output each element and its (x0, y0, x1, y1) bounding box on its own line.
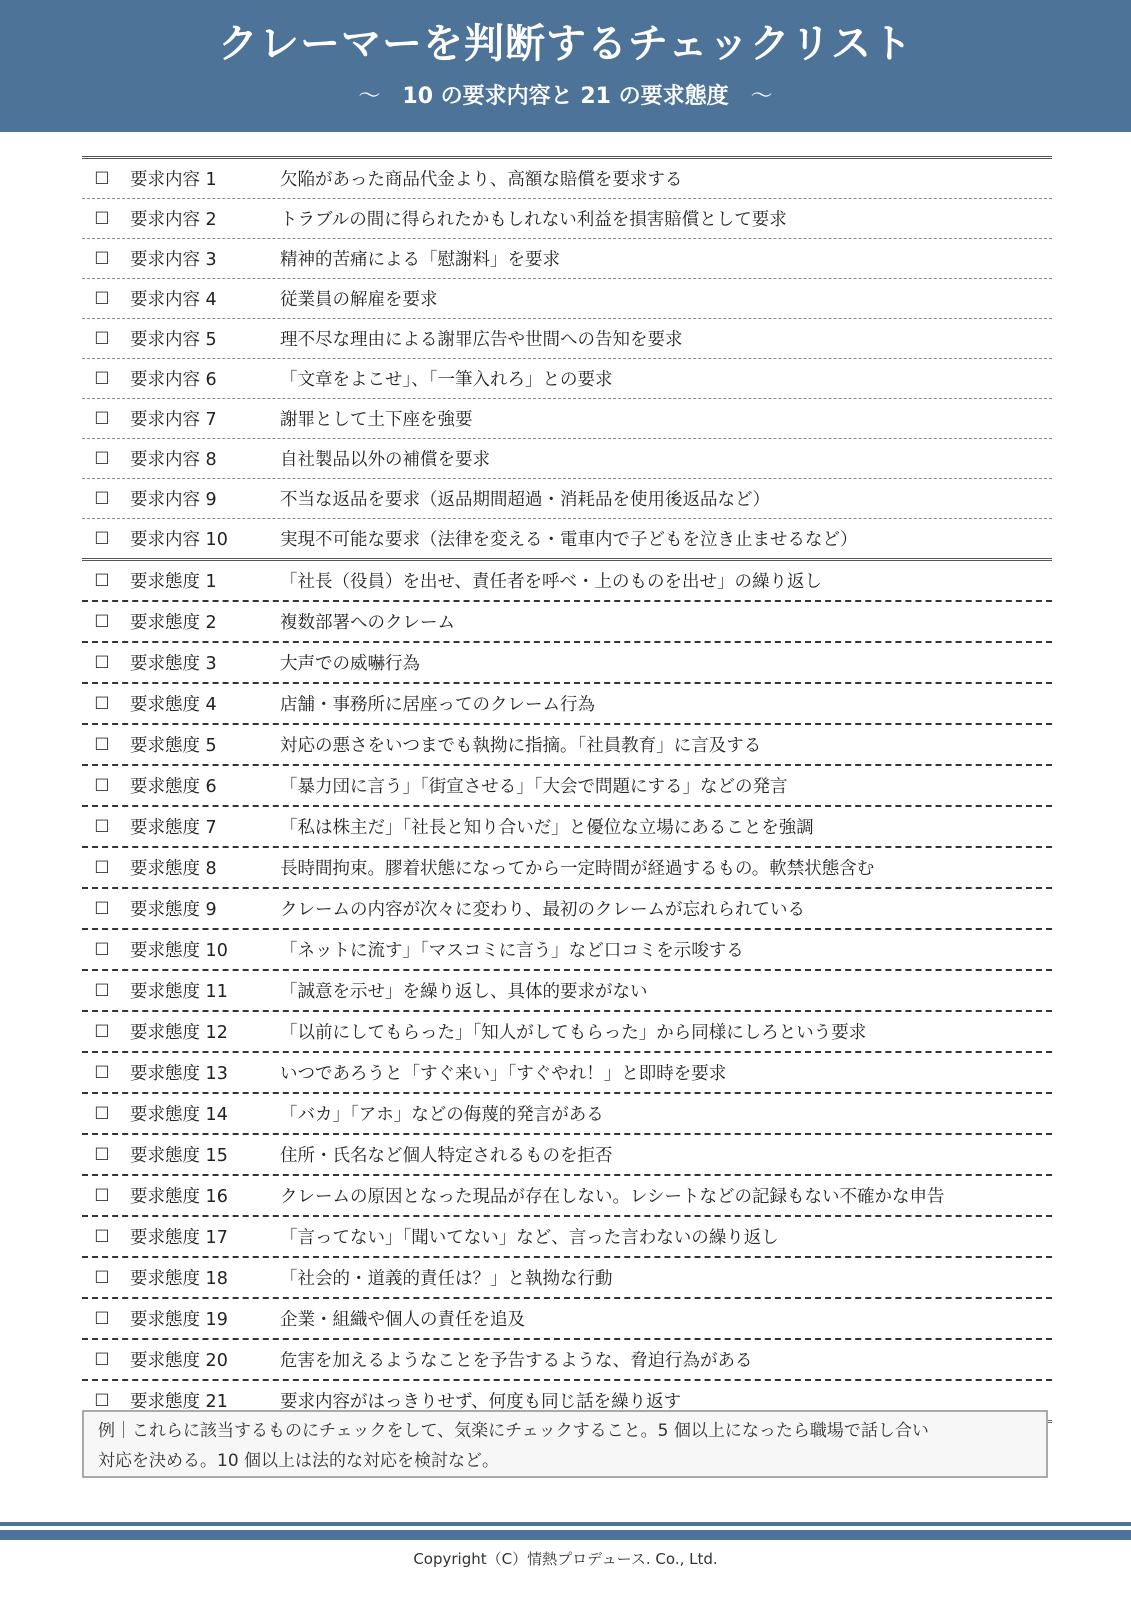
content-item-row: ☐要求内容 5理不尽な理由による謝罪広告や世間への告知を要求 (82, 319, 1052, 359)
item-label: 要求内容 3 (122, 246, 280, 271)
item-label: 要求態度 8 (122, 855, 280, 880)
checkbox-icon[interactable]: ☐ (82, 449, 122, 469)
checkbox-icon[interactable]: ☐ (82, 694, 122, 714)
item-label: 要求態度 12 (122, 1019, 280, 1044)
item-description: 大声での威嚇行為 (280, 650, 1052, 675)
item-label: 要求態度 16 (122, 1183, 280, 1208)
item-label: 要求態度 11 (122, 978, 280, 1003)
item-label: 要求態度 7 (122, 814, 280, 839)
item-description: 「バカ」「アホ」などの侮蔑的発言がある (280, 1101, 1052, 1126)
item-description: 「私は株主だ」「社長と知り合いだ」と優位な立場にあることを強調 (280, 814, 1052, 839)
checkbox-icon[interactable]: ☐ (82, 571, 122, 591)
item-description: 従業員の解雇を要求 (280, 286, 1052, 311)
checkbox-icon[interactable]: ☐ (82, 489, 122, 509)
page-title: クレーマーを判断するチェックリスト (0, 14, 1131, 74)
footer-rule-thick (0, 1530, 1131, 1540)
attitude-item-row: ☐要求態度 15住所・氏名など個人特定されるものを拒否 (82, 1135, 1052, 1176)
checklist: ☐要求内容 1欠陥があった商品代金より、高額な賠償を要求する☐要求内容 2トラブ… (82, 156, 1052, 1423)
checkbox-icon[interactable]: ☐ (82, 735, 122, 755)
item-description: 「誠意を示せ」を繰り返し、具体的要求がない (280, 978, 1052, 1003)
attitude-item-row: ☐要求態度 3大声での威嚇行為 (82, 643, 1052, 684)
checkbox-icon[interactable]: ☐ (82, 1227, 122, 1247)
item-description: 住所・氏名など個人特定されるものを拒否 (280, 1142, 1052, 1167)
attitude-item-row: ☐要求態度 12「以前にしてもらった」「知人がしてもらった」から同様にしろという… (82, 1012, 1052, 1053)
attitude-item-row: ☐要求態度 8長時間拘束。膠着状態になってから一定時間が経過するもの。軟禁状態含… (82, 848, 1052, 889)
attitude-item-row: ☐要求態度 18「社会的・道義的責任は？」と執拗な行動 (82, 1258, 1052, 1299)
item-description: 自社製品以外の補償を要求 (280, 446, 1052, 471)
content-item-row: ☐要求内容 3精神的苦痛による「慰謝料」を要求 (82, 239, 1052, 279)
checkbox-icon[interactable]: ☐ (82, 1104, 122, 1124)
checkbox-icon[interactable]: ☐ (82, 1186, 122, 1206)
checkbox-icon[interactable]: ☐ (82, 529, 122, 549)
checkbox-icon[interactable]: ☐ (82, 981, 122, 1001)
item-description: 「社会的・道義的責任は？」と執拗な行動 (280, 1265, 1052, 1290)
attitude-item-row: ☐要求態度 9クレームの内容が次々に変わり、最初のクレームが忘れられている (82, 889, 1052, 930)
item-label: 要求態度 2 (122, 609, 280, 634)
item-label: 要求内容 1 (122, 166, 280, 191)
item-label: 要求態度 10 (122, 937, 280, 962)
item-label: 要求態度 20 (122, 1347, 280, 1372)
item-label: 要求態度 19 (122, 1306, 280, 1331)
item-description: トラブルの間に得られたかもしれない利益を損害賠償として要求 (280, 206, 1052, 231)
item-description: 不当な返品を要求（返品期間超過・消耗品を使用後返品など） (280, 486, 1052, 511)
attitude-item-row: ☐要求態度 17「言ってない」「聞いてない」など、言った言わないの繰り返し (82, 1217, 1052, 1258)
item-label: 要求態度 13 (122, 1060, 280, 1085)
item-description: クレームの原因となった現品が存在しない。レシートなどの記録もない不確かな申告 (280, 1183, 1052, 1208)
checkbox-icon[interactable]: ☐ (82, 1268, 122, 1288)
attitude-item-row: ☐要求態度 1「社長（役員）を出せ、責任者を呼べ・上のものを出せ」の繰り返し (82, 561, 1052, 602)
checkbox-icon[interactable]: ☐ (82, 858, 122, 878)
checkbox-icon[interactable]: ☐ (82, 289, 122, 309)
attitude-item-row: ☐要求態度 4店舗・事務所に居座ってのクレーム行為 (82, 684, 1052, 725)
attitude-item-row: ☐要求態度 20危害を加えるようなことを予告するような、脅迫行為がある (82, 1340, 1052, 1381)
note-line-2: 対応を決める。10 個以上は法的な対応を検討など。 (98, 1446, 1032, 1476)
item-description: 店舗・事務所に居座ってのクレーム行為 (280, 691, 1052, 716)
item-label: 要求内容 2 (122, 206, 280, 231)
checkbox-icon[interactable]: ☐ (82, 169, 122, 189)
item-description: 「以前にしてもらった」「知人がしてもらった」から同様にしろという要求 (280, 1019, 1052, 1044)
item-description: 謝罪として土下座を強要 (280, 406, 1052, 431)
item-description: 企業・組織や個人の責任を追及 (280, 1306, 1052, 1331)
item-label: 要求内容 9 (122, 486, 280, 511)
item-label: 要求内容 5 (122, 326, 280, 351)
checkbox-icon[interactable]: ☐ (82, 329, 122, 349)
item-description: 欠陥があった商品代金より、高額な賠償を要求する (280, 166, 1052, 191)
content-item-row: ☐要求内容 2トラブルの間に得られたかもしれない利益を損害賠償として要求 (82, 199, 1052, 239)
note-box: 例｜これらに該当するものにチェックをして、気楽にチェックすること。5 個以上にな… (82, 1410, 1048, 1478)
item-label: 要求態度 17 (122, 1224, 280, 1249)
item-description: 危害を加えるようなことを予告するような、脅迫行為がある (280, 1347, 1052, 1372)
copyright: Copyright（C）情熱プロデュース. Co., Ltd. (0, 1548, 1131, 1569)
item-label: 要求内容 7 (122, 406, 280, 431)
note-line-1: 例｜これらに該当するものにチェックをして、気楽にチェックすること。5 個以上にな… (98, 1416, 1032, 1446)
checkbox-icon[interactable]: ☐ (82, 940, 122, 960)
item-description: いつであろうと「すぐ来い」「すぐやれ！」と即時を要求 (280, 1060, 1052, 1085)
page-subtitle: ～10 の要求内容と 21 の要求態度～ (0, 80, 1131, 114)
checkbox-icon[interactable]: ☐ (82, 776, 122, 796)
checkbox-icon[interactable]: ☐ (82, 612, 122, 632)
item-description: 複数部署へのクレーム (280, 609, 1052, 634)
checkbox-icon[interactable]: ☐ (82, 1309, 122, 1329)
subtitle-text: 10 の要求内容と 21 の要求態度 (402, 84, 728, 109)
checkbox-icon[interactable]: ☐ (82, 249, 122, 269)
item-label: 要求態度 4 (122, 691, 280, 716)
item-label: 要求態度 5 (122, 732, 280, 757)
item-label: 要求内容 8 (122, 446, 280, 471)
checkbox-icon[interactable]: ☐ (82, 817, 122, 837)
checkbox-icon[interactable]: ☐ (82, 899, 122, 919)
attitude-item-row: ☐要求態度 6「暴力団に言う」「街宣させる」「大会で問題にする」などの発言 (82, 766, 1052, 807)
attitude-item-row: ☐要求態度 14「バカ」「アホ」などの侮蔑的発言がある (82, 1094, 1052, 1135)
content-item-row: ☐要求内容 8自社製品以外の補償を要求 (82, 439, 1052, 479)
checkbox-icon[interactable]: ☐ (82, 369, 122, 389)
checkbox-icon[interactable]: ☐ (82, 1350, 122, 1370)
item-label: 要求内容 4 (122, 286, 280, 311)
item-label: 要求態度 18 (122, 1265, 280, 1290)
item-description: 「言ってない」「聞いてない」など、言った言わないの繰り返し (280, 1224, 1052, 1249)
checkbox-icon[interactable]: ☐ (82, 1391, 122, 1411)
content-item-row: ☐要求内容 1欠陥があった商品代金より、高額な賠償を要求する (82, 159, 1052, 199)
subtitle-tilde-left: ～ (358, 84, 380, 109)
item-description: 「文章をよこせ」、「一筆入れろ」との要求 (280, 366, 1052, 391)
item-label: 要求態度 14 (122, 1101, 280, 1126)
attitude-item-row: ☐要求態度 7「私は株主だ」「社長と知り合いだ」と優位な立場にあることを強調 (82, 807, 1052, 848)
item-description: 長時間拘束。膠着状態になってから一定時間が経過するもの。軟禁状態含む (280, 855, 1052, 880)
checkbox-icon[interactable]: ☐ (82, 1022, 122, 1042)
attitude-item-row: ☐要求態度 5対応の悪さをいつまでも執拗に指摘。「社員教育」に言及する (82, 725, 1052, 766)
footer-rule-thin (0, 1522, 1131, 1526)
item-description: 「ネットに流す」「マスコミに言う」など口コミを示唆する (280, 937, 1052, 962)
subtitle-tilde-right: ～ (751, 84, 773, 109)
item-description: 実現不可能な要求（法律を変える・電車内で子どもを泣き止ませるなど） (280, 526, 1052, 551)
attitude-item-row: ☐要求態度 13いつであろうと「すぐ来い」「すぐやれ！」と即時を要求 (82, 1053, 1052, 1094)
checkbox-icon[interactable]: ☐ (82, 653, 122, 673)
header-banner: クレーマーを判断するチェックリスト ～10 の要求内容と 21 の要求態度～ (0, 0, 1131, 132)
checkbox-icon[interactable]: ☐ (82, 209, 122, 229)
content-item-row: ☐要求内容 6「文章をよこせ」、「一筆入れろ」との要求 (82, 359, 1052, 399)
item-description: クレームの内容が次々に変わり、最初のクレームが忘れられている (280, 896, 1052, 921)
item-description: 「暴力団に言う」「街宣させる」「大会で問題にする」などの発言 (280, 773, 1052, 798)
checkbox-icon[interactable]: ☐ (82, 1145, 122, 1165)
content-item-row: ☐要求内容 7謝罪として土下座を強要 (82, 399, 1052, 439)
item-label: 要求態度 6 (122, 773, 280, 798)
attitude-item-row: ☐要求態度 19企業・組織や個人の責任を追及 (82, 1299, 1052, 1340)
attitude-item-row: ☐要求態度 2複数部署へのクレーム (82, 602, 1052, 643)
content-item-row: ☐要求内容 4従業員の解雇を要求 (82, 279, 1052, 319)
attitude-item-row: ☐要求態度 16クレームの原因となった現品が存在しない。レシートなどの記録もない… (82, 1176, 1052, 1217)
item-label: 要求態度 1 (122, 568, 280, 593)
item-label: 要求内容 10 (122, 526, 280, 551)
item-label: 要求内容 6 (122, 366, 280, 391)
item-label: 要求態度 3 (122, 650, 280, 675)
checkbox-icon[interactable]: ☐ (82, 1063, 122, 1083)
item-description: 理不尽な理由による謝罪広告や世間への告知を要求 (280, 326, 1052, 351)
item-label: 要求態度 15 (122, 1142, 280, 1167)
attitude-item-row: ☐要求態度 11「誠意を示せ」を繰り返し、具体的要求がない (82, 971, 1052, 1012)
item-description: 精神的苦痛による「慰謝料」を要求 (280, 246, 1052, 271)
attitude-item-row: ☐要求態度 10「ネットに流す」「マスコミに言う」など口コミを示唆する (82, 930, 1052, 971)
item-description: 「社長（役員）を出せ、責任者を呼べ・上のものを出せ」の繰り返し (280, 568, 1052, 593)
checkbox-icon[interactable]: ☐ (82, 409, 122, 429)
item-description: 対応の悪さをいつまでも執拗に指摘。「社員教育」に言及する (280, 732, 1052, 757)
content-item-row: ☐要求内容 9不当な返品を要求（返品期間超過・消耗品を使用後返品など） (82, 479, 1052, 519)
item-label: 要求態度 9 (122, 896, 280, 921)
content-item-row: ☐要求内容 10実現不可能な要求（法律を変える・電車内で子どもを泣き止ませるなど… (82, 519, 1052, 561)
